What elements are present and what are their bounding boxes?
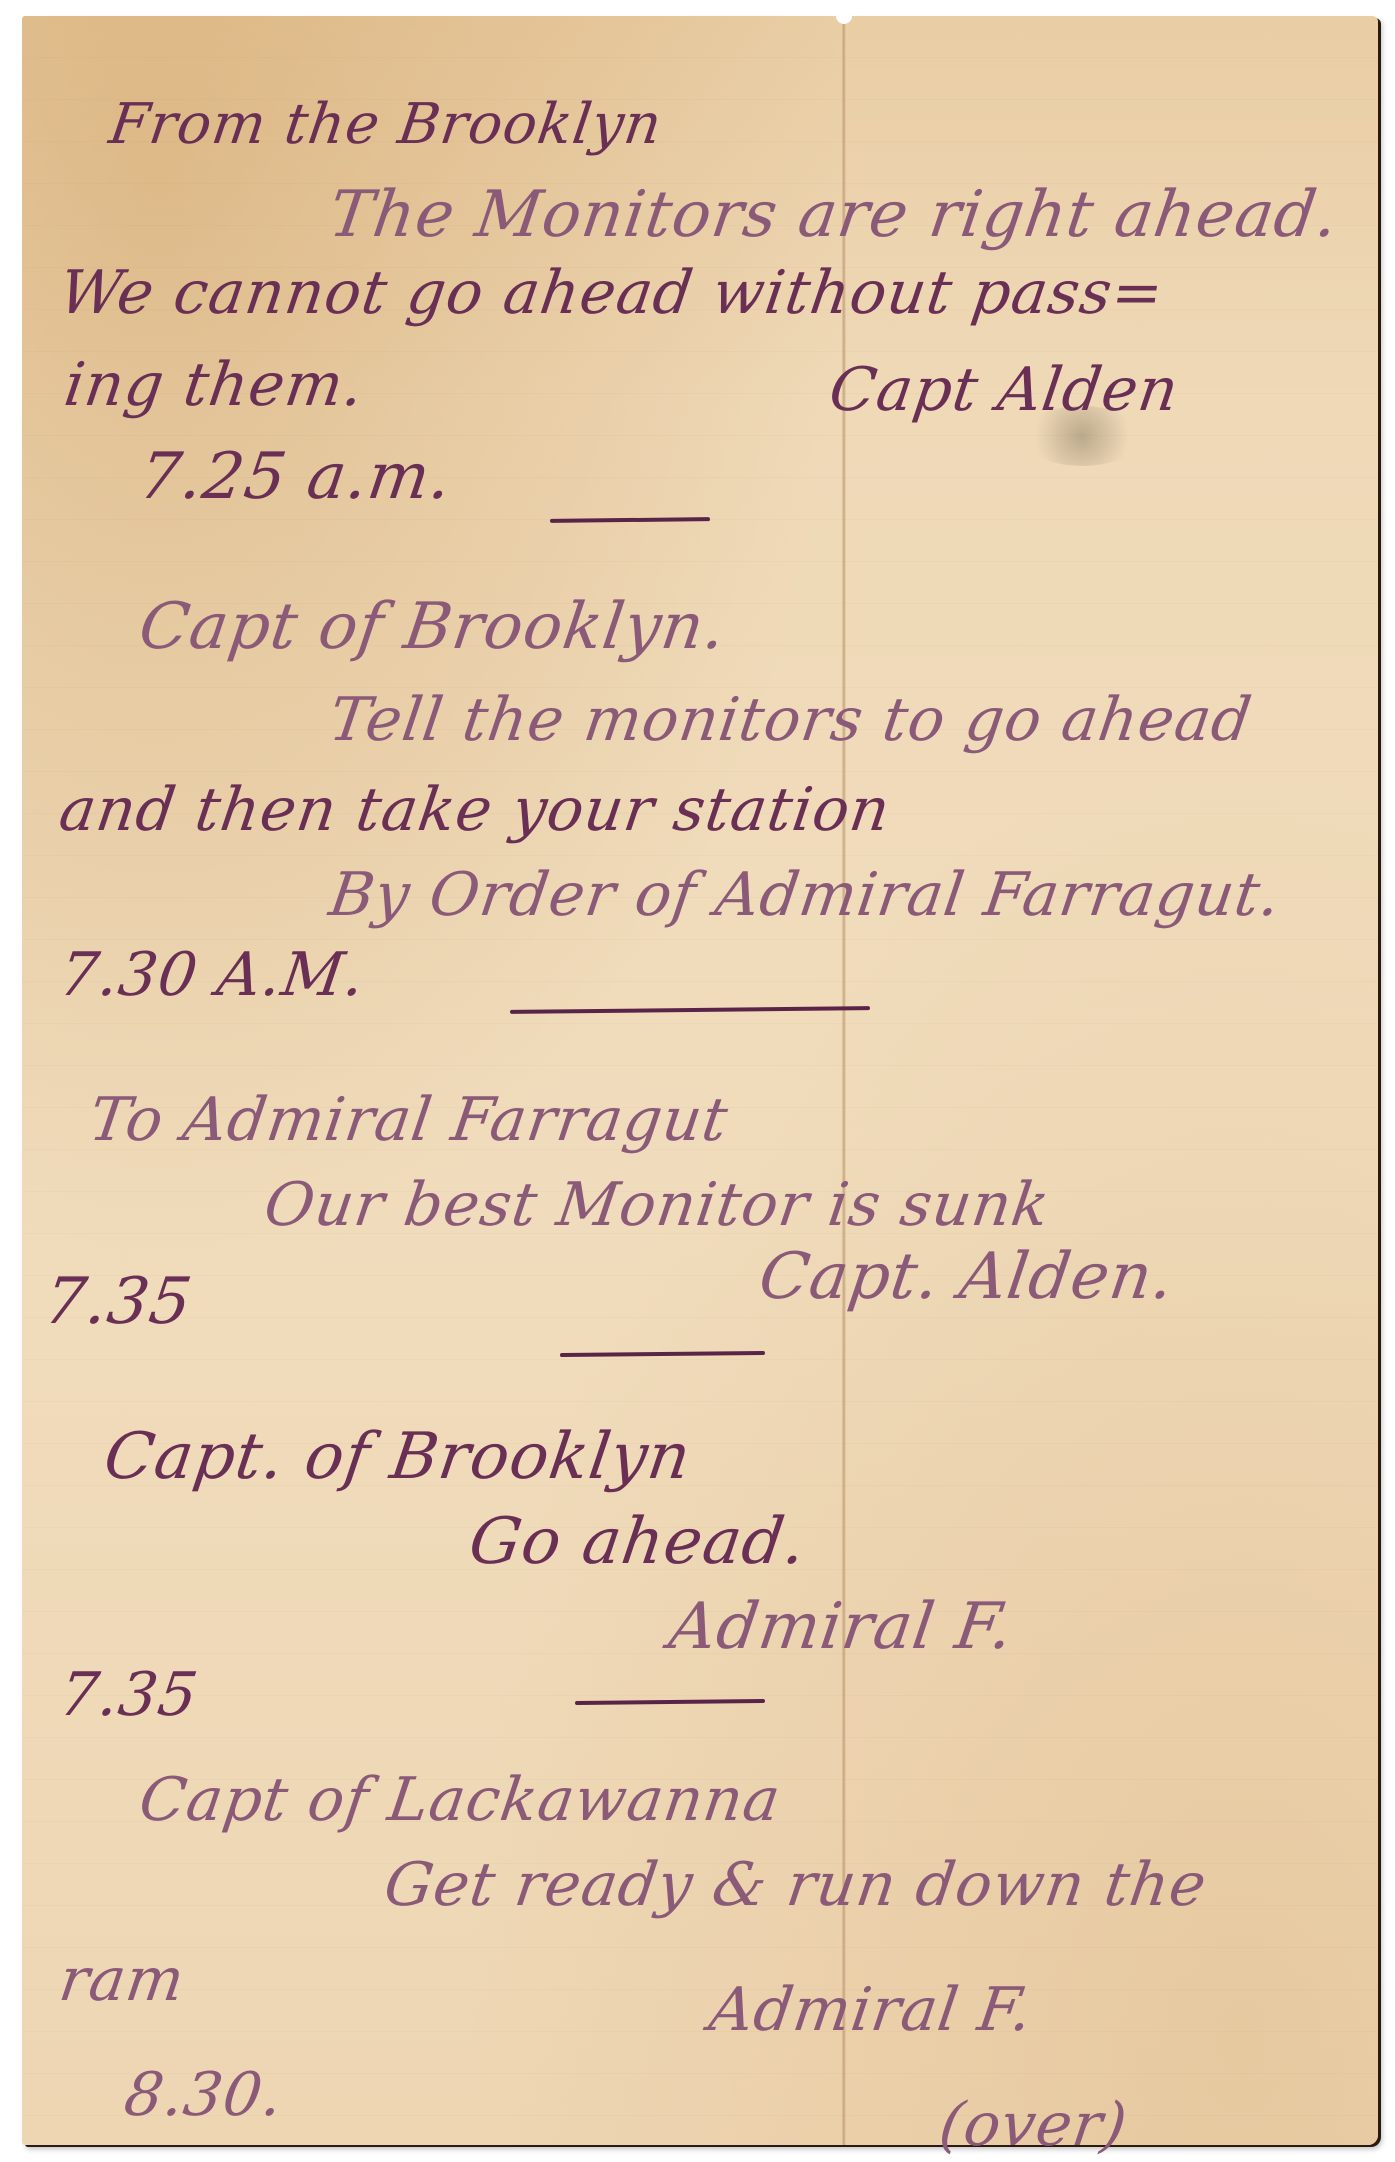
message-1-signature: Capt Alden (825, 355, 1183, 425)
message-2-signature: By Order of Admiral Farragut. (325, 860, 1285, 930)
message-5-signature: Admiral F. (705, 1975, 1037, 2045)
footer-note-over: (over) (935, 2090, 1132, 2160)
message-1-header: From the Brooklyn (105, 92, 666, 157)
message-3-header: To Admiral Farragut (85, 1085, 733, 1155)
message-4-time: 7.35 (55, 1660, 202, 1730)
message-1-body-line-3: ing them. (60, 350, 368, 420)
message-2-time: 7.30 A.M. (55, 940, 369, 1010)
message-2-body-line-1: Tell the monitors to go ahead (325, 685, 1256, 755)
message-5-body-line-1: Get ready & run down the (380, 1850, 1211, 1920)
message-5-time: 8.30. (120, 2060, 288, 2130)
message-5-header: Capt of Lackawanna (135, 1765, 785, 1835)
fold-crease (842, 16, 846, 2145)
message-3-signature: Capt. Alden. (755, 1240, 1179, 1314)
message-1-body-line-2: We cannot go ahead without pass= (55, 258, 1168, 328)
message-3-time: 7.35 (40, 1265, 197, 1339)
message-4-signature: Admiral F. (665, 1590, 1018, 1664)
message-1-time: 7.25 a.m. (135, 440, 457, 514)
message-4-header: Capt. of Brooklyn (100, 1420, 696, 1494)
message-3-body-line-1: Our best Monitor is sunk (260, 1170, 1054, 1240)
message-4-body-line-1: Go ahead. (465, 1505, 811, 1579)
message-1-body-line-1: The Monitors are right ahead. (325, 178, 1343, 252)
message-2-body-line-2: and then take your station (55, 775, 895, 845)
message-5-body-line-2: ram (55, 1945, 189, 2015)
message-2-header: Capt of Brooklyn. (135, 590, 731, 664)
